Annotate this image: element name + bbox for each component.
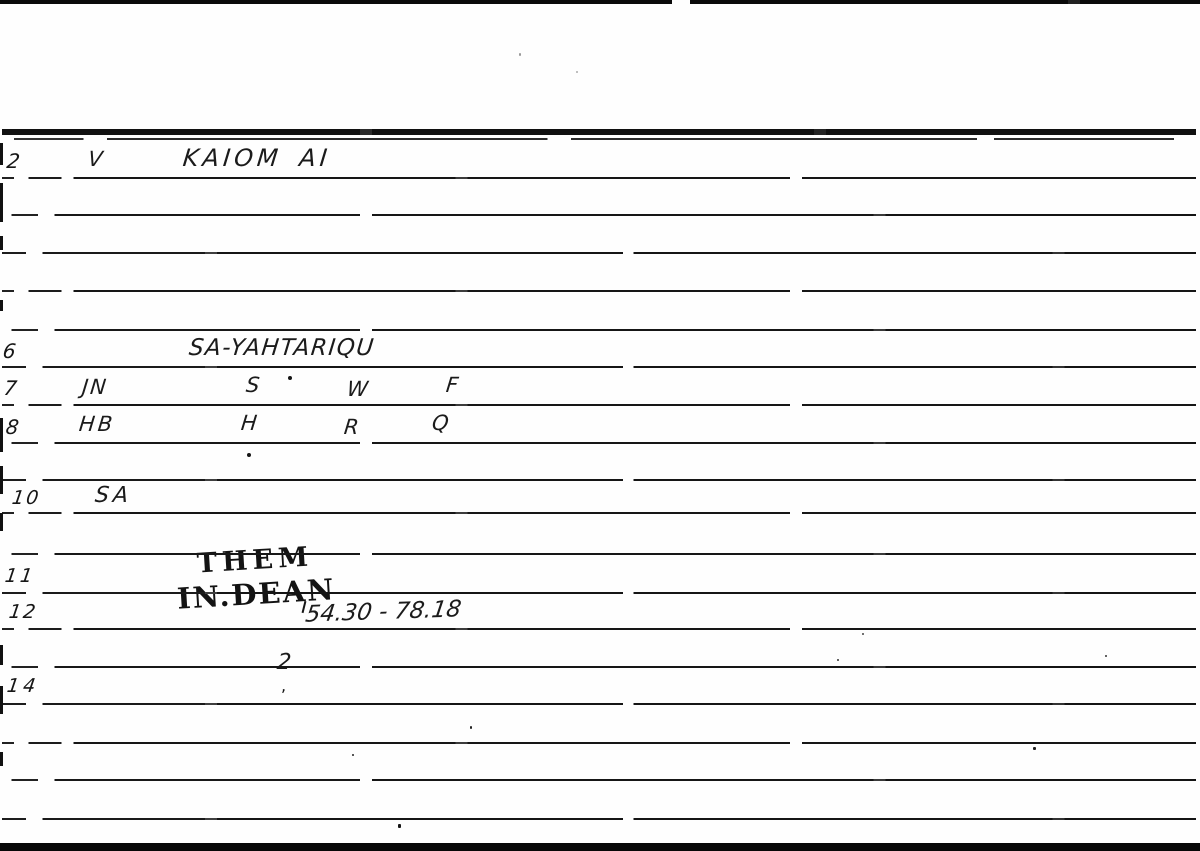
page-edge-mark bbox=[0, 236, 3, 250]
ruled-line bbox=[2, 779, 1196, 781]
page-edge-mark bbox=[0, 143, 3, 165]
margin-number-10: 10 bbox=[11, 489, 42, 508]
toner-speck bbox=[1105, 655, 1107, 657]
entry-line7-col4: F bbox=[445, 375, 459, 396]
entry-line7-col1: JN bbox=[81, 377, 109, 398]
toner-speck bbox=[862, 633, 864, 635]
page-edge-mark bbox=[0, 300, 3, 311]
scan-edge-bar-top bbox=[0, 0, 1200, 4]
ruled-line bbox=[2, 742, 1196, 744]
scanned-ruled-card: 2 6 7 8 10 11 12 14 V KAIOM AI SA-YAHTAR… bbox=[0, 0, 1200, 851]
toner-speck bbox=[398, 824, 401, 828]
entry-line7-col2: S bbox=[245, 375, 261, 396]
ruled-line bbox=[2, 666, 1196, 668]
underdot-line8-h bbox=[247, 453, 251, 457]
ruled-line bbox=[2, 214, 1196, 216]
double-rule-thick bbox=[2, 129, 1196, 135]
ruled-line bbox=[2, 592, 1196, 594]
ruled-line bbox=[2, 366, 1196, 368]
margin-number-14: 14 bbox=[6, 677, 41, 696]
page-edge-mark bbox=[0, 513, 3, 531]
page-edge-mark bbox=[0, 686, 3, 714]
page-edge-mark bbox=[0, 466, 3, 494]
entry-line2-name: KAIOM AI bbox=[182, 146, 332, 170]
entry-line8-col1: HB bbox=[78, 414, 116, 435]
double-rule-thin bbox=[14, 138, 1174, 140]
ruled-line bbox=[2, 628, 1196, 630]
margin-number-7: 7 bbox=[3, 378, 19, 398]
comma-under-line14: , bbox=[281, 678, 286, 694]
entry-line2-initial: V bbox=[87, 149, 104, 170]
scan-edge-bar-bottom bbox=[0, 843, 1200, 851]
margin-number-11: 11 bbox=[4, 567, 37, 586]
ruled-line bbox=[2, 479, 1196, 481]
ruled-line bbox=[2, 442, 1196, 444]
page-edge-mark bbox=[0, 645, 3, 665]
entry-line14-number: 2 bbox=[276, 652, 292, 674]
margin-number-8: 8 bbox=[5, 417, 21, 437]
entry-line8-col3: R bbox=[343, 417, 360, 438]
toner-speck bbox=[519, 53, 521, 56]
toner-speck bbox=[576, 71, 578, 73]
toner-speck bbox=[352, 754, 354, 756]
page-edge-mark bbox=[0, 183, 3, 222]
page-edge-mark bbox=[0, 752, 3, 766]
entry-line10-name: SA bbox=[94, 485, 133, 507]
ruled-line bbox=[2, 177, 1196, 179]
toner-speck bbox=[837, 659, 839, 661]
ruled-line bbox=[2, 404, 1196, 406]
ruled-line bbox=[2, 818, 1196, 820]
entry-line7-col3: W bbox=[346, 379, 369, 400]
entry-line8-col4: Q bbox=[431, 413, 450, 434]
stamp-line-1: THEM bbox=[196, 542, 334, 577]
entry-line12-numbers: 54.30 - 78.18 bbox=[304, 598, 463, 626]
margin-number-6: 6 bbox=[2, 341, 18, 361]
margin-number-12: 12 bbox=[8, 603, 39, 622]
toner-speck bbox=[470, 726, 472, 729]
page-edge-mark bbox=[0, 418, 3, 452]
ruled-line bbox=[2, 329, 1196, 331]
margin-number-2: 2 bbox=[6, 151, 22, 171]
underdot-line6-h bbox=[288, 376, 292, 380]
ruled-line bbox=[2, 252, 1196, 254]
ruled-line bbox=[2, 512, 1196, 514]
entry-line8-col2: H bbox=[240, 413, 258, 434]
entry-line6-name: SA-YAHTARIQU bbox=[188, 337, 376, 360]
ruled-line bbox=[2, 553, 1196, 555]
ruled-line bbox=[2, 290, 1196, 292]
toner-speck bbox=[1033, 747, 1036, 750]
ruled-line bbox=[2, 703, 1196, 705]
